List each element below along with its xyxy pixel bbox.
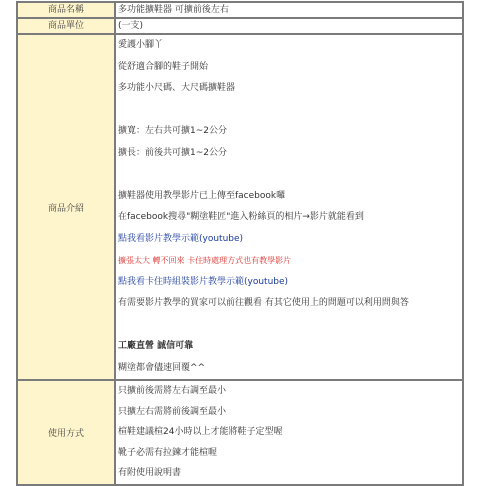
intro-line-comfort: 從舒適合腳的鞋子開始 <box>118 57 460 79</box>
intro-line-length: 擴長：前後共可擴1~2公分 <box>118 143 460 165</box>
intro-line-qa: 有需要影片教學的買家可以前往觀看 有其它使用上的問題可以利用問與答 <box>118 293 460 315</box>
product-intro-value: 愛護小腳丫 從舒適合腳的鞋子開始 多功能小尺碼、大尺碼擴鞋器 擴寬：左右共可擴1… <box>115 34 463 380</box>
intro-line-facebook-search: 在facebook搜尋"糊塗鞋匠"進入粉絲頁的相片→影片就能看到 <box>118 207 460 229</box>
intro-spacer <box>118 164 460 186</box>
intro-line-factory: 工廠直營 誠信可靠 <box>118 336 460 358</box>
row-usage: 使用方式 只擴前後需將左右調至最小 只擴左右需將前後調至最小 楦鞋建議楦24小時… <box>17 380 463 480</box>
intro-line-reply: 糊塗都會儘速回覆^^ <box>118 358 460 380</box>
product-name-value: 多功能擴鞋器 可擴前後左右 <box>115 2 463 18</box>
intro-line-stuck-warning: 擴張太大 轉不回來 卡住時處理方式也有教學影片 <box>118 250 460 272</box>
product-unit-label: 商品單位 <box>17 18 115 34</box>
intro-line-width: 擴寬：左右共可擴1~2公分 <box>118 121 460 143</box>
product-unit-value: (一支) <box>115 18 463 34</box>
intro-spacer <box>118 100 460 122</box>
row-product-intro: 商品介紹 愛護小腳丫 從舒適合腳的鞋子開始 多功能小尺碼、大尺碼擴鞋器 擴寬：左… <box>17 34 463 380</box>
usage-value: 只擴前後需將左右調至最小 只擴左右需將前後調至最小 楦鞋建議楦24小時以上才能將… <box>115 380 463 480</box>
usage-line-front-back: 只擴前後需將左右調至最小 <box>118 381 460 402</box>
usage-line-24h: 楦鞋建議楦24小時以上才能將鞋子定型喔 <box>118 422 460 443</box>
intro-line-facebook-upload: 擴鞋器使用教學影片已上傳至facebook囉 <box>118 186 460 208</box>
intro-line-sizes: 多功能小尺碼、大尺碼擴鞋器 <box>118 78 460 100</box>
youtube-stuck-assembly-link[interactable]: 點我看卡住時組裝影片教學示範(youtube) <box>118 272 460 294</box>
intro-spacer <box>118 315 460 337</box>
intro-line-care: 愛護小腳丫 <box>118 35 460 57</box>
usage-line-left-right: 只擴左右需將前後調至最小 <box>118 402 460 423</box>
usage-label: 使用方式 <box>17 380 115 480</box>
product-spec-table: 商品名稱 多功能擴鞋器 可擴前後左右 商品單位 (一支) 商品介紹 愛護小腳丫 … <box>16 1 464 480</box>
product-intro-label: 商品介紹 <box>17 34 115 380</box>
product-name-label: 商品名稱 <box>17 2 115 18</box>
youtube-tutorial-link[interactable]: 點我看影片教學示範(youtube) <box>118 229 460 251</box>
usage-line-manual: 有附使用說明書 <box>118 463 460 480</box>
row-product-name: 商品名稱 多功能擴鞋器 可擴前後左右 <box>17 2 463 18</box>
row-product-unit: 商品單位 (一支) <box>17 18 463 34</box>
usage-line-boots-zipper: 靴子必需有拉鍊才能楦喔 <box>118 443 460 464</box>
